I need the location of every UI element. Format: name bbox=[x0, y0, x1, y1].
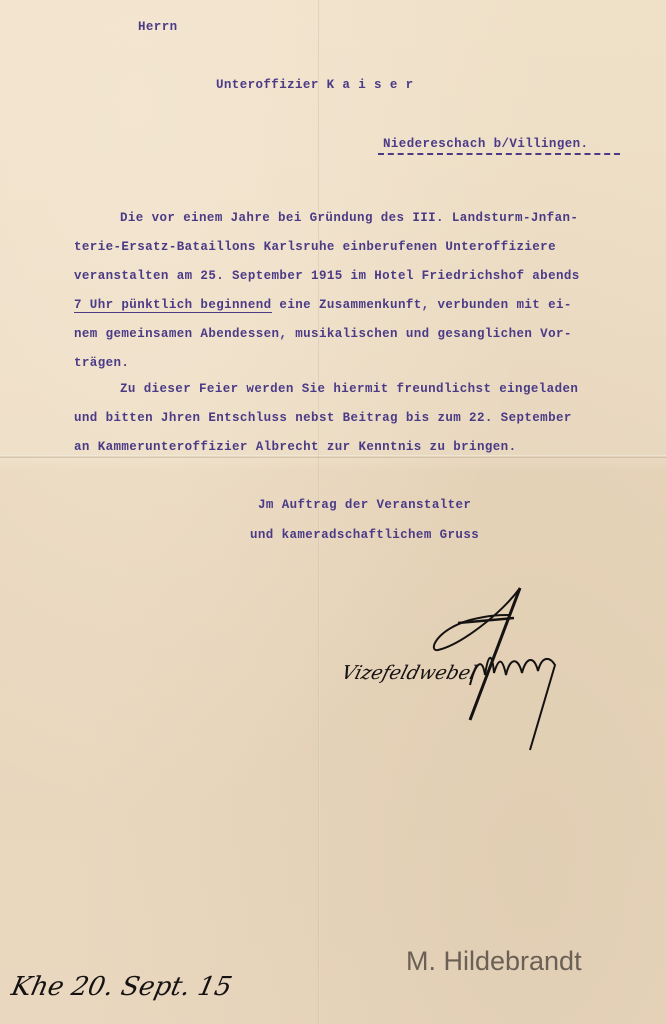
body-line-3: veranstalten am 25. September 1915 im Ho… bbox=[74, 269, 580, 283]
letter-page: Herrn Unteroffizier K a i s e r Niederes… bbox=[0, 0, 666, 1024]
watermark: M. Hildebrandt bbox=[406, 946, 582, 977]
closing-line-2: und kameradschaftlichem Gruss bbox=[250, 528, 479, 542]
body-line-1: Die vor einem Jahre bei Gründung des III… bbox=[120, 211, 578, 225]
para2-line-3: an Kammerunteroffizier Albrecht zur Kenn… bbox=[74, 440, 516, 454]
para2-line-2: und bitten Jhren Entschluss nebst Beitra… bbox=[74, 411, 572, 425]
body-line-2: terie-Ersatz-Bataillons Karlsruhe einber… bbox=[74, 240, 556, 254]
underlined-time: 7 Uhr pünktlich beginnend bbox=[74, 298, 272, 313]
para2-line-1: Zu dieser Feier werden Sie hiermit freun… bbox=[120, 382, 578, 396]
handwritten-date: Khe 20. Sept. 15 bbox=[9, 972, 235, 1002]
vertical-fold bbox=[318, 0, 320, 1024]
body-line-5: nem gemeinsamen Abendessen, musikalische… bbox=[74, 327, 572, 341]
body-line-4: 7 Uhr pünktlich beginnend eine Zusammenk… bbox=[74, 298, 572, 312]
body-line-6: trägen. bbox=[74, 356, 129, 370]
recipient-salutation: Herrn bbox=[138, 20, 178, 34]
recipient-name: Unteroffizier K a i s e r bbox=[216, 78, 414, 92]
recipient-place: Niedereschach b/Villingen. bbox=[383, 137, 588, 151]
body-line-4-rest: eine Zusammenkunft, verbunden mit ei- bbox=[272, 298, 572, 312]
horizontal-fold bbox=[0, 455, 666, 458]
signature-albrecht bbox=[430, 585, 580, 760]
closing-line-1: Jm Auftrag der Veranstalter bbox=[258, 498, 471, 512]
place-underline bbox=[378, 153, 620, 155]
